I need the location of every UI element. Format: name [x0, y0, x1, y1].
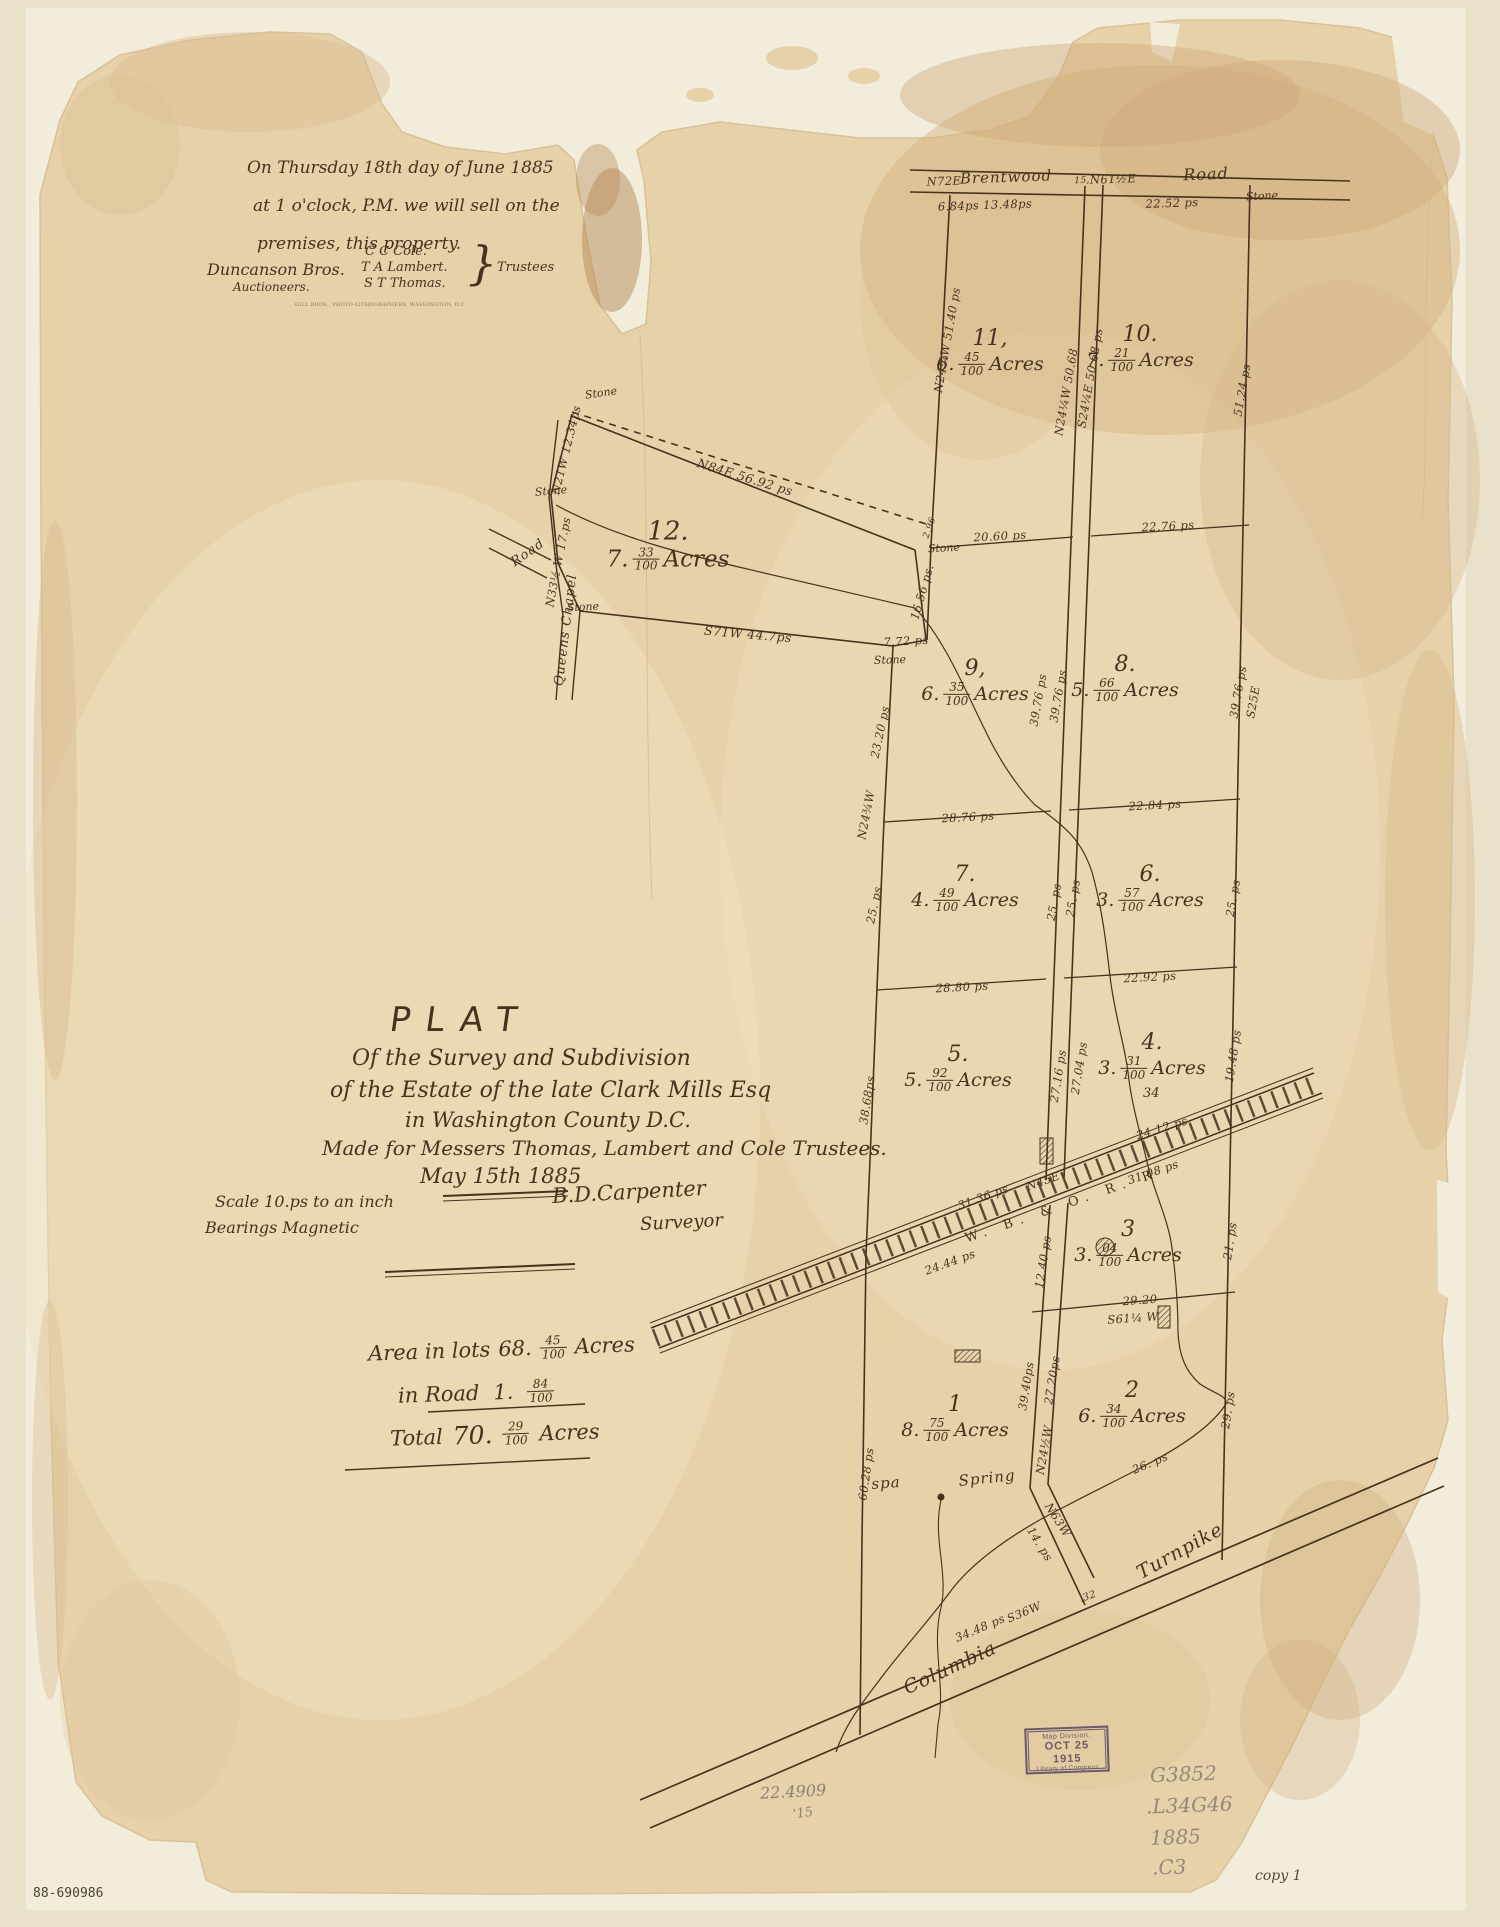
- lot-label-8: 8. 5.66100Acres: [1071, 653, 1179, 703]
- lot-number: 6.: [1096, 863, 1204, 887]
- trustee-1: C C Cole.: [365, 244, 427, 259]
- lot-acreage: 5.92100Acres: [904, 1067, 1012, 1093]
- lot-label-7: 7. 4.49100Acres: [911, 863, 1019, 913]
- title-line-2: of the Estate of the late Clark Mills Es…: [330, 1078, 771, 1103]
- lot-acreage: 8.75100Acres: [901, 1417, 1009, 1443]
- dimension-label: 22.92 ps: [1123, 969, 1177, 986]
- lot-label-4: 4. 3.31100Acres: [1098, 1031, 1206, 1081]
- title-line-3: in Washington County D.C.: [405, 1108, 691, 1132]
- pencil-year: '15: [792, 1805, 814, 1823]
- call-number-4: .C3: [1152, 1854, 1187, 1879]
- call-number-1: G3852: [1150, 1761, 1218, 1787]
- notice-line-1: On Thursday 18th day of June 1885: [247, 158, 554, 178]
- trustee-2: T A Lambert.: [361, 260, 448, 275]
- lot-number: 9,: [921, 657, 1029, 681]
- auctioneer-title: Auctioneers.: [233, 280, 310, 294]
- road-label-road: Road: [1183, 164, 1229, 185]
- lot-acreage: 7.33100Acres: [607, 546, 730, 572]
- area-lots-unit: Acres: [574, 1332, 635, 1358]
- area-total-unit: Acres: [539, 1419, 600, 1445]
- area-road-label: in Road: [398, 1381, 480, 1408]
- stone-marker-label: Stone: [874, 653, 907, 667]
- lot-acreage: 5.66100Acres: [1071, 677, 1179, 703]
- trustees-label: Trustees: [497, 260, 554, 275]
- lot-number: 8.: [1071, 653, 1179, 677]
- area-total-fraction: 29100: [502, 1420, 530, 1447]
- lot-acreage: 3.31100Acres: [1098, 1055, 1206, 1081]
- lot-number: 12.: [607, 518, 730, 547]
- lot-acreage: 6.45100Acres: [936, 351, 1044, 377]
- area-lots-fraction: 45100: [539, 1334, 567, 1361]
- dimension-label: 22.84 ps: [1128, 797, 1182, 814]
- lot-acreage: 3.57100Acres: [1096, 887, 1204, 913]
- lot-acreage: 6.34100Acres: [1078, 1403, 1186, 1429]
- trustee-3: S T Thomas.: [364, 276, 446, 291]
- stone-marker-label: Stone: [928, 541, 961, 556]
- title-line-4: Made for Messers Thomas, Lambert and Col…: [322, 1136, 887, 1160]
- printer-credit: GILL BROS., PHOTO-LITHOGRAPHERS, WASHING…: [295, 302, 467, 308]
- area-total-label: Total: [390, 1424, 444, 1450]
- notice-line-3: premises, this property.: [257, 234, 461, 254]
- stamp-inner-border: Map Division. OCT 25 1915 Library of Con…: [1027, 1729, 1106, 1772]
- title-line-1: Of the Survey and Subdivision: [352, 1046, 691, 1071]
- lot-label-3: 3 3.04100Acres: [1074, 1218, 1182, 1268]
- stone-marker-label: Stone: [534, 483, 567, 499]
- area-road-fraction: 84100: [527, 1377, 555, 1404]
- lot-number: 1: [901, 1393, 1009, 1417]
- area-lots-whole: 68.: [498, 1336, 532, 1361]
- dimension-label: 15,: [1074, 176, 1090, 187]
- lot-label-5: 5. 5.92100Acres: [904, 1043, 1012, 1093]
- area-lots-label: Area in lots: [368, 1337, 491, 1365]
- auctioneer-name: Duncanson Bros.: [207, 260, 345, 279]
- lot-acreage: 3.04100Acres: [1074, 1242, 1182, 1268]
- spa-label: spa: [871, 1473, 901, 1493]
- stamp-date: OCT 25 1915: [1029, 1739, 1106, 1767]
- lot-number: 7.: [911, 863, 1019, 887]
- negative-number: 88-690986: [33, 1886, 103, 1901]
- bearing-label: N61½E: [1090, 171, 1137, 187]
- call-number-3: 1885: [1150, 1824, 1202, 1850]
- lot-label-9: 9, 6.35100Acres: [921, 657, 1029, 707]
- lot-acreage: 6.35100Acres: [921, 681, 1029, 707]
- trustees-brace: }: [468, 236, 497, 290]
- stone-marker-label: Stone: [1246, 189, 1279, 204]
- lot-acreage: 4.49100Acres: [911, 887, 1019, 913]
- scale-note: Scale 10.ps to an inch: [215, 1192, 394, 1211]
- dimension-label: 20.60 ps: [973, 528, 1027, 545]
- stone-marker-label: Stone: [567, 600, 600, 615]
- dimension-label: 22.52 ps: [1145, 195, 1199, 211]
- call-number-2: .L34G46: [1146, 1791, 1233, 1818]
- library-of-congress-stamp: Map Division. OCT 25 1915 Library of Con…: [1024, 1726, 1110, 1775]
- lot-acreage: 7.21100Acres: [1086, 347, 1194, 373]
- bearings-note: Bearings Magnetic: [205, 1218, 359, 1237]
- dimension-label: 28.80 ps: [935, 979, 989, 996]
- lot4-correction: 34: [1143, 1086, 1160, 1101]
- road-label-brentwood: Brentwood: [960, 166, 1053, 187]
- surveyor-title: Surveyor: [640, 1210, 724, 1235]
- lot-label-1: 1 8.75100Acres: [901, 1393, 1009, 1443]
- copy-note: copy 1: [1255, 1868, 1302, 1884]
- map-linework: [0, 0, 1500, 1927]
- lot-label-12: 12. 7.33100Acres: [607, 518, 730, 573]
- dimension-label: 22.76 ps: [1141, 518, 1195, 535]
- pencil-number: 22.4909: [760, 1780, 827, 1802]
- dimension-label: 28.76 ps: [941, 809, 995, 826]
- spring-dot: [938, 1494, 944, 1500]
- bearing-label: N72E: [926, 173, 961, 188]
- dimension-label: 29.20: [1122, 1292, 1158, 1308]
- page-title: PLAT: [387, 1000, 534, 1040]
- lot-number: 5.: [904, 1043, 1012, 1067]
- lot-label-6: 6. 3.57100Acres: [1096, 863, 1204, 913]
- dimension-label: 7.72 ps: [883, 633, 929, 649]
- notice-line-2: at 1 o'clock, P.M. we will sell on the: [253, 196, 560, 216]
- lot-number: 4.: [1098, 1031, 1206, 1055]
- area-road-whole: 1.: [493, 1380, 514, 1405]
- lot-number: 2: [1078, 1379, 1186, 1403]
- lot-label-2: 2 6.34100Acres: [1078, 1379, 1186, 1429]
- lot-number: 3: [1074, 1218, 1182, 1242]
- area-total-whole: 70.: [452, 1420, 493, 1450]
- plat-map-scan: On Thursday 18th day of June 1885 at 1 o…: [0, 0, 1500, 1927]
